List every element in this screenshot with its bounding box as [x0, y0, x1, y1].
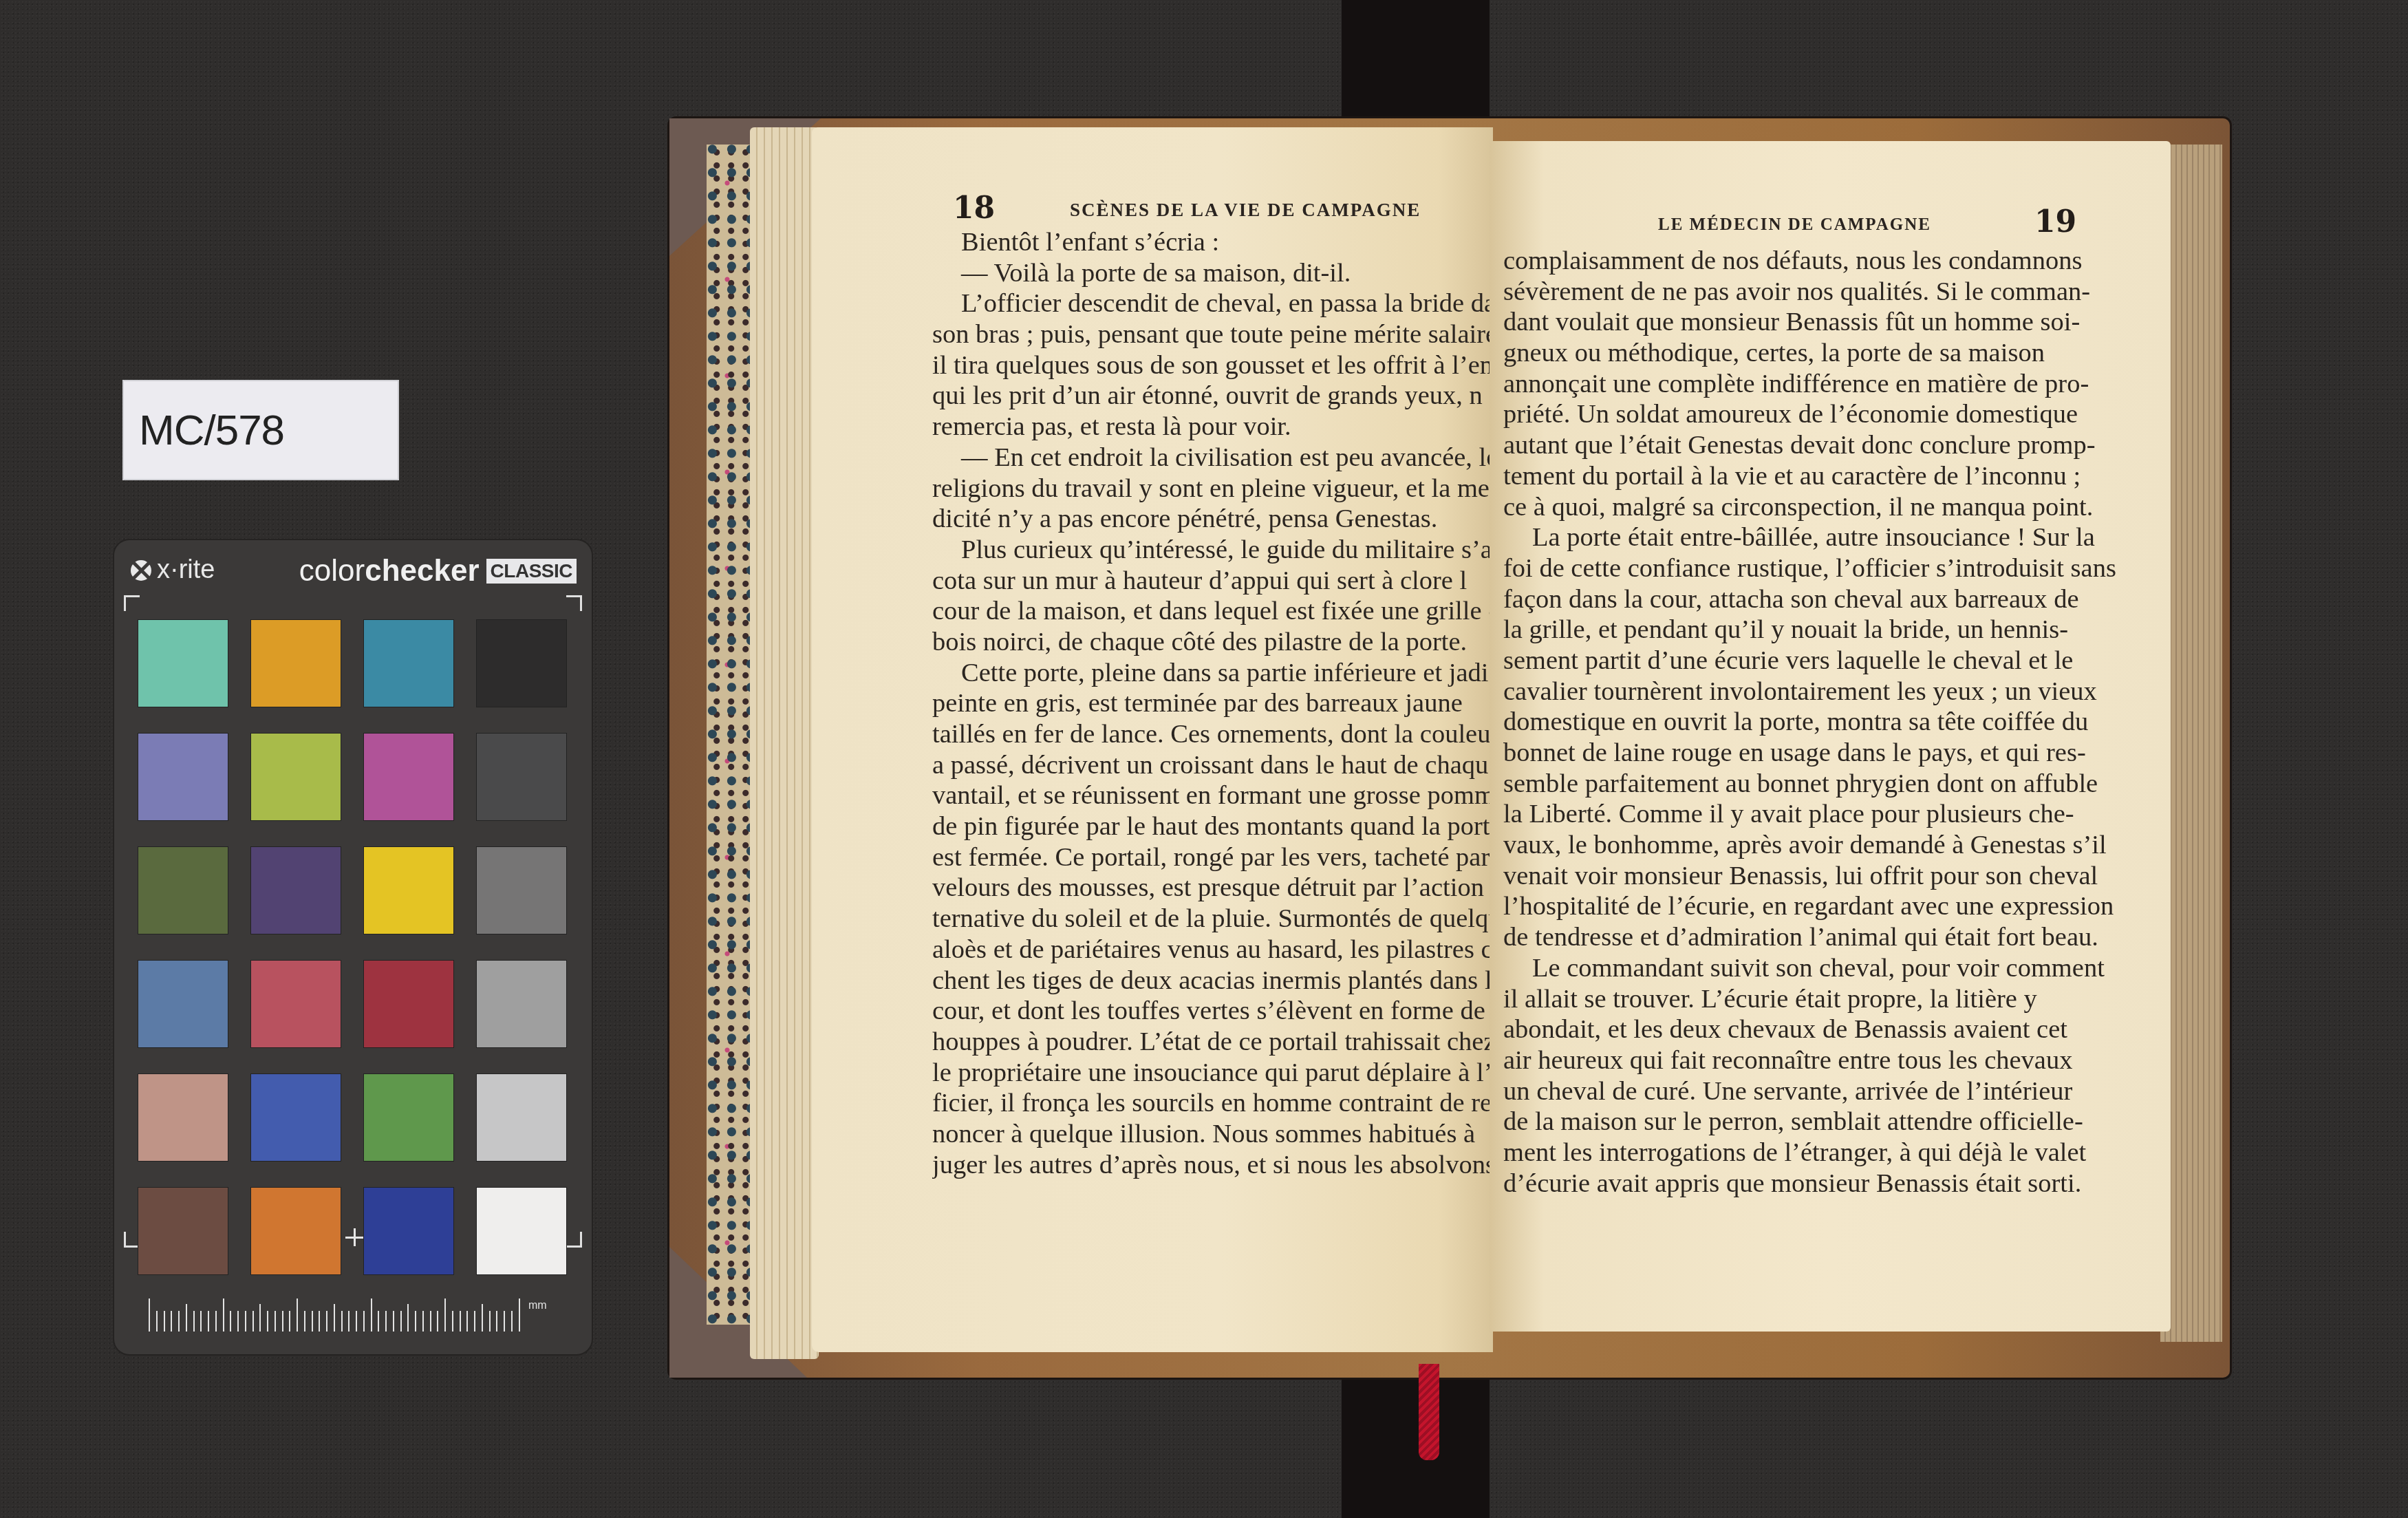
color-patch-neutral-3-5 [476, 733, 567, 821]
text-line: cour, et dont les touffes vertes s’élève… [932, 996, 1493, 1027]
crosshair-icon [345, 1228, 363, 1246]
ruler-tick [252, 1311, 254, 1332]
colorchecker-title: color checker CLASSIC [299, 554, 577, 588]
text-line: semble parfaitement au bonnet phrygien d… [1503, 769, 2191, 800]
color-patch-neutral-6-5 [476, 960, 567, 1048]
ruler-tick [304, 1311, 305, 1332]
text-line: autant que l’était Genestas devait donc … [1503, 430, 2191, 461]
color-checker-card: x·rite color checker CLASSIC mm [114, 540, 592, 1354]
text-line: La porte était entre-bâillée, autre inso… [1503, 522, 2191, 553]
corner-mark-icon [124, 595, 140, 611]
ruler-tick [489, 1311, 491, 1332]
text-line: Cette porte, pleine dans sa partie infér… [932, 658, 1493, 689]
ruler-tick [208, 1311, 209, 1332]
corner-mark-icon [566, 595, 582, 611]
color-patch-cyan [363, 619, 454, 707]
text-line: de la maison sur le perron, semblait att… [1503, 1107, 2191, 1137]
ruler-tick [171, 1311, 172, 1332]
text-line: chent les tiges de deux acacias inermis … [932, 965, 1493, 996]
ruler-tick [407, 1304, 409, 1332]
text-line: bois noirci, de chaque côté des pilastre… [932, 627, 1493, 658]
ruler-tick [474, 1311, 475, 1332]
ruler-tick [149, 1298, 150, 1332]
text-line: domestique en ouvrit la porte, montra sa… [1503, 707, 2191, 738]
ruler-tick [215, 1311, 217, 1332]
ruler-tick [223, 1298, 224, 1332]
color-patch-black [476, 619, 567, 707]
ruler-tick [334, 1304, 335, 1332]
mm-ruler [149, 1297, 534, 1332]
text-line: air heureux qui fait reconnaître entre t… [1503, 1045, 2191, 1076]
page-number-right: 19 [2034, 204, 2076, 239]
ruler-tick [460, 1311, 461, 1332]
right-page-text: complaisamment de nos défauts, nous les … [1503, 246, 2191, 1223]
text-line: dant voulait que monsieur Benassis fût u… [1503, 307, 2191, 338]
ruler-tick [275, 1311, 276, 1332]
ruler-tick [259, 1304, 261, 1332]
text-line: la Liberté. Comme il y avait place pour … [1503, 799, 2191, 830]
text-line: son bras ; puis, pensant que toute peine… [932, 319, 1493, 350]
ruler-tick [200, 1311, 202, 1332]
ruler-tick [437, 1311, 438, 1332]
color-patch-aqua [138, 619, 228, 707]
text-line: il allait se trouver. L’écurie était pro… [1503, 984, 2191, 1015]
text-line: il tira quelques sous de son gousset et … [932, 350, 1493, 381]
text-line: — En cet endroit la civilisation est peu… [932, 442, 1493, 473]
text-line: vantail, et se réunissent en formant une… [932, 780, 1493, 811]
marbled-endpaper [707, 145, 755, 1325]
color-patch-neutral-5 [476, 846, 567, 934]
text-line: cour de la maison, et dans lequel est fi… [932, 596, 1493, 627]
xrite-brand-text: x·rite [157, 555, 215, 585]
text-line: foi de cette confiance rustique, l’offic… [1503, 553, 2191, 584]
color-patch-orange [250, 1187, 341, 1275]
ruler-tick [496, 1311, 497, 1332]
ruler-tick [452, 1311, 453, 1332]
text-line: est fermée. Ce portail, rongé par les ve… [932, 842, 1493, 873]
text-line: peinte en gris, est terminée par des bar… [932, 688, 1493, 719]
text-line: gneux ou méthodique, certes, la porte de… [1503, 338, 2191, 369]
text-line: a passé, décrivent un croissant dans le … [932, 750, 1493, 781]
color-patch-neutral-8 [476, 1073, 567, 1162]
text-line: priété. Un soldat amoureux de l’économie… [1503, 399, 2191, 430]
text-line: ce à quoi, malgré sa circonspection, il … [1503, 492, 2191, 523]
color-patch-blue [250, 1073, 341, 1162]
text-line: vaux, le bonhomme, après avoir demandé à… [1503, 830, 2191, 861]
text-line: bonnet de laine rouge en usage dans le p… [1503, 738, 2191, 769]
corner-mark-icon [566, 1232, 582, 1248]
text-line: le propriétaire une insouciance qui paru… [932, 1058, 1493, 1089]
ruler-tick [422, 1311, 424, 1332]
text-line: ment les interrogations de l’étranger, à… [1503, 1137, 2191, 1168]
ruler-tick [164, 1311, 165, 1332]
ruler-tick [415, 1311, 416, 1332]
text-line: noncer à quelque illusion. Nous sommes h… [932, 1119, 1493, 1150]
ruler-tick [430, 1311, 431, 1332]
ruler-tick [378, 1311, 379, 1332]
text-line: sement partit d’une écurie vers laquelle… [1503, 645, 2191, 676]
shelfmark-label: MC/578 [122, 380, 399, 480]
title-bold: checker [365, 554, 479, 588]
ruler-tick [363, 1311, 365, 1332]
ruler-tick [348, 1311, 350, 1332]
text-line: abondait, et les deux chevaux de Benassi… [1503, 1014, 2191, 1045]
ruler-tick [230, 1311, 231, 1332]
text-line: aloès et de pariétaires venus au hasard,… [932, 934, 1493, 965]
ruler-tick [341, 1311, 343, 1332]
color-patch-moderate-red [250, 960, 341, 1048]
color-patch-yellow [363, 846, 454, 934]
ruler-tick [393, 1311, 394, 1332]
ruler-tick [186, 1304, 187, 1332]
running-head-right: LE MÉDECIN DE CAMPAGNE [1658, 215, 1931, 235]
xrite-logo: x·rite [131, 555, 215, 585]
text-line: remercia pas, et resta là pour voir. [932, 411, 1493, 442]
text-line: annonçait une complète indifférence en m… [1503, 369, 2191, 400]
ruler-tick [504, 1311, 505, 1332]
ruler-tick [245, 1311, 246, 1332]
ruler-tick [156, 1311, 158, 1332]
color-patch-blue-sky [138, 960, 228, 1048]
ruler-tick [385, 1311, 387, 1332]
color-patch-light-skin [138, 1073, 228, 1162]
text-line: sévèrement de ne pas avoir nos qualités.… [1503, 277, 2191, 308]
color-patch-purple [250, 846, 341, 934]
text-line: Plus curieux qu’intéressé, le guide du m… [932, 535, 1493, 566]
color-patch-dark-skin [138, 1187, 228, 1275]
ruler-tick [282, 1311, 283, 1332]
text-line: Bientôt l’enfant s’écria : [932, 227, 1493, 258]
text-line: de pin figurée par le haut des montants … [932, 811, 1493, 842]
text-line: ternative du soleil et de la pluie. Surm… [932, 904, 1493, 934]
xrite-mark-icon [131, 560, 151, 581]
text-line: tement du portail à la vie et au caractè… [1503, 461, 2191, 492]
text-line: l’hospitalité de l’écurie, en regardant … [1503, 891, 2191, 922]
color-patch-grid [138, 619, 567, 1275]
shelfmark-text: MC/578 [139, 406, 284, 455]
ruler-tick [326, 1311, 327, 1332]
running-head-left: SCÈNES DE LA VIE DE CAMPAGNE [1070, 200, 1421, 221]
classic-badge: CLASSIC [486, 559, 577, 584]
bookmark-ribbon [1419, 1364, 1439, 1460]
ruler-tick [178, 1311, 180, 1332]
ruler-tick [297, 1298, 298, 1332]
text-line: façon dans la cour, attacha son cheval a… [1503, 584, 2191, 615]
right-page: LE MÉDECIN DE CAMPAGNE 19 complaisamment… [1490, 141, 2171, 1332]
ruler-tick [312, 1311, 313, 1332]
text-line: dicité n’y a pas encore pénétré, pensa G… [932, 504, 1493, 535]
title-light: color [299, 554, 365, 588]
text-line: Le commandant suivit son cheval, pour vo… [1503, 953, 2191, 984]
color-patch-green [363, 1073, 454, 1162]
ruler-tick [482, 1304, 483, 1332]
left-page-text: Bientôt l’enfant s’écria :— Voilà la por… [932, 227, 1493, 1204]
text-line: houppes à poudrer. L’état de ce portail … [932, 1027, 1493, 1058]
text-line: de tendresse et d’admiration l’animal qu… [1503, 922, 2191, 953]
ruler-tick [356, 1311, 357, 1332]
ruler-tick [319, 1311, 320, 1332]
text-line: — Voilà la porte de sa maison, dit-il. [932, 258, 1493, 289]
ruler-tick [444, 1298, 446, 1332]
color-patch-red [363, 960, 454, 1048]
ruler-tick [371, 1298, 372, 1332]
ruler-tick [400, 1311, 402, 1332]
ruler-unit: mm [528, 1300, 547, 1312]
text-line: ficier, il fronça les sourcils en homme … [932, 1088, 1493, 1119]
color-patch-foliage-dark [138, 846, 228, 934]
text-line: taillés en fer de lance. Ces ornements, … [932, 719, 1493, 750]
left-page: 18 SCÈNES DE LA VIE DE CAMPAGNE Bientôt … [812, 127, 1493, 1352]
color-patch-purplish-blue [138, 733, 228, 821]
ruler-tick [466, 1311, 468, 1332]
text-line: la grille, et pendant qu’il y nouait la … [1503, 614, 2191, 645]
text-line: cota sur un mur à hauteur d’appui qui se… [932, 566, 1493, 597]
text-line: complaisamment de nos défauts, nous les … [1503, 246, 2191, 277]
color-patch-magenta [363, 733, 454, 821]
text-line: velours des mousses, est presque détruit… [932, 873, 1493, 904]
ruler-tick [193, 1311, 195, 1332]
color-patch-white [476, 1187, 567, 1275]
text-line: religions du travail y sont en pleine vi… [932, 473, 1493, 504]
ruler-tick [237, 1311, 239, 1332]
color-patch-yellow-green [250, 733, 341, 821]
color-patch-blue-primary [363, 1187, 454, 1275]
ruler-tick [519, 1298, 520, 1332]
text-line: venait voir monsieur Benassis, lui offri… [1503, 861, 2191, 892]
text-line: un cheval de curé. Une servante, arrivée… [1503, 1076, 2191, 1107]
text-line: cavalier tournèrent involontairement les… [1503, 676, 2191, 707]
text-line: juger les autres d’après nous, et si nou… [932, 1150, 1493, 1181]
text-line: d’écurie avait appris que monsieur Benas… [1503, 1168, 2191, 1199]
ruler-tick [267, 1311, 268, 1332]
ruler-tick [289, 1311, 290, 1332]
text-line: L’officier descendit de cheval, en passa… [932, 288, 1493, 319]
ruler-tick [511, 1311, 513, 1332]
left-page-edges [750, 127, 819, 1359]
color-patch-orange-yellow [250, 619, 341, 707]
text-line: qui les prit d’un air étonné, ouvrit de … [932, 381, 1493, 411]
page-number-left: 18 [953, 191, 995, 226]
